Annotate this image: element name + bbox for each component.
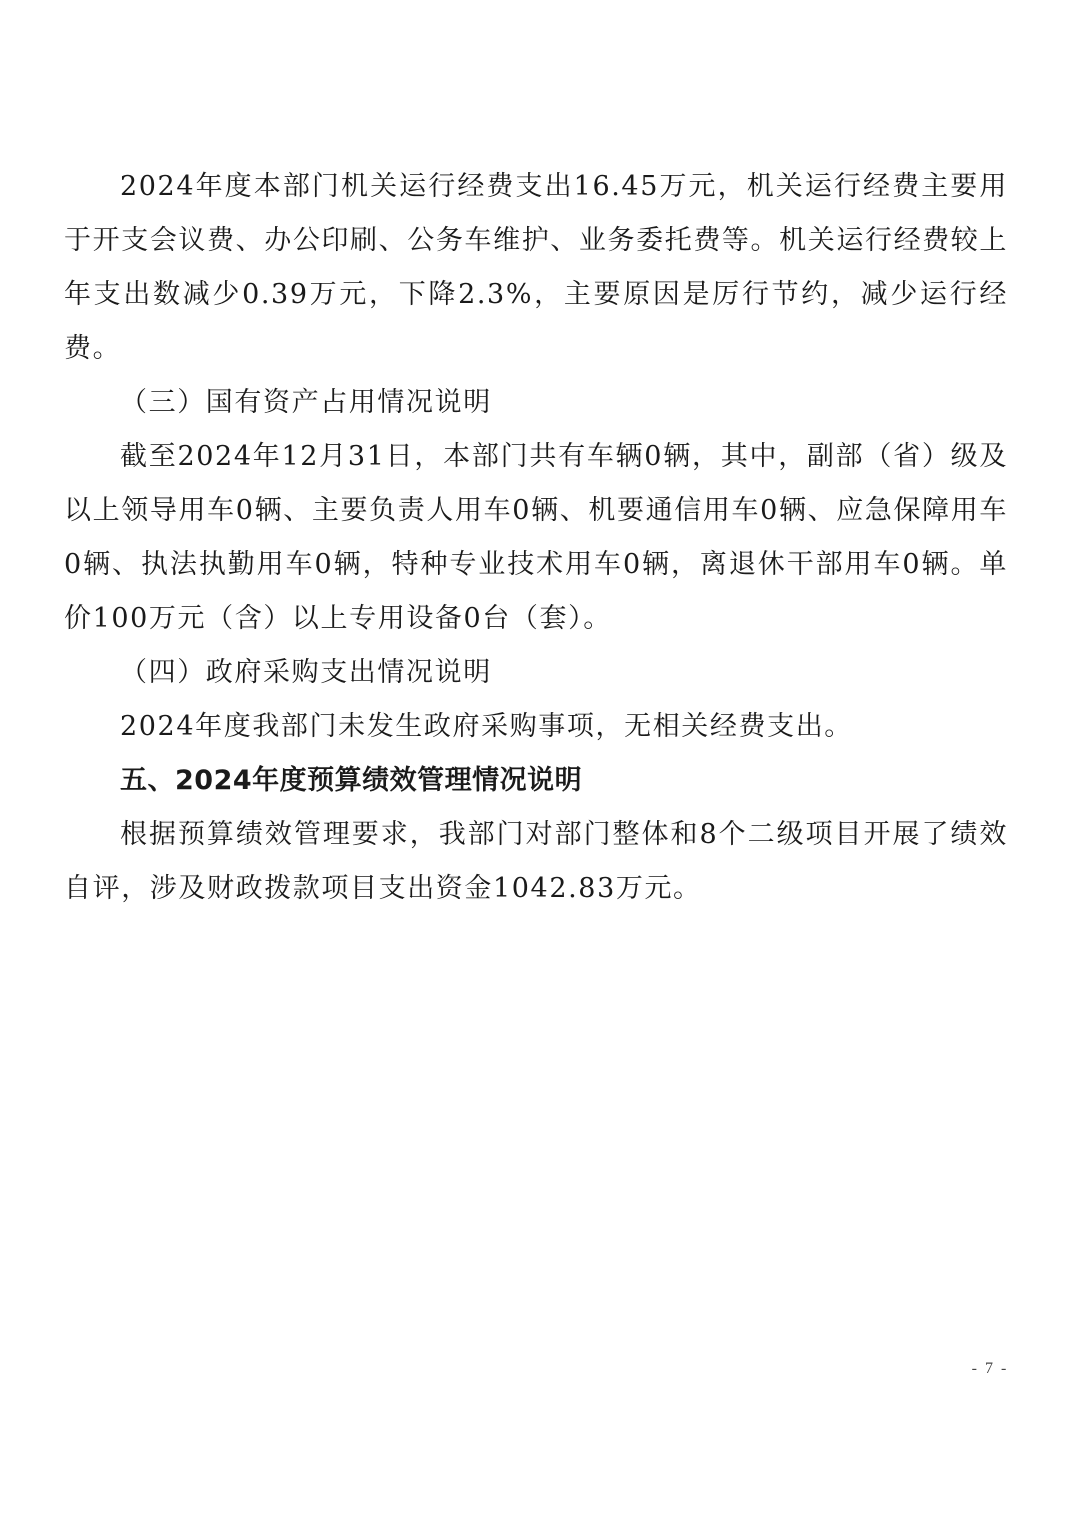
section-heading-performance-management: 五、2024年度预算绩效管理情况说明 bbox=[64, 754, 1008, 808]
paragraph-operating-expenses: 2024年度本部门机关运行经费支出16.45万元，机关运行经费主要用于开支会议费… bbox=[64, 160, 1008, 376]
paragraph-state-assets: 截至2024年12月31日，本部门共有车辆0辆，其中，副部（省）级及以上领导用车… bbox=[64, 430, 1008, 646]
paragraph-performance-management: 根据预算绩效管理要求，我部门对部门整体和8个二级项目开展了绩效自评，涉及财政拨款… bbox=[64, 808, 1008, 916]
document-page-body: 2024年度本部门机关运行经费支出16.45万元，机关运行经费主要用于开支会议费… bbox=[64, 160, 1008, 916]
page-number: - 7 - bbox=[960, 1360, 1020, 1378]
subheading-government-procurement: （四）政府采购支出情况说明 bbox=[64, 646, 1008, 700]
subheading-state-assets: （三）国有资产占用情况说明 bbox=[64, 376, 1008, 430]
paragraph-government-procurement: 2024年度我部门未发生政府采购事项，无相关经费支出。 bbox=[64, 700, 1008, 754]
